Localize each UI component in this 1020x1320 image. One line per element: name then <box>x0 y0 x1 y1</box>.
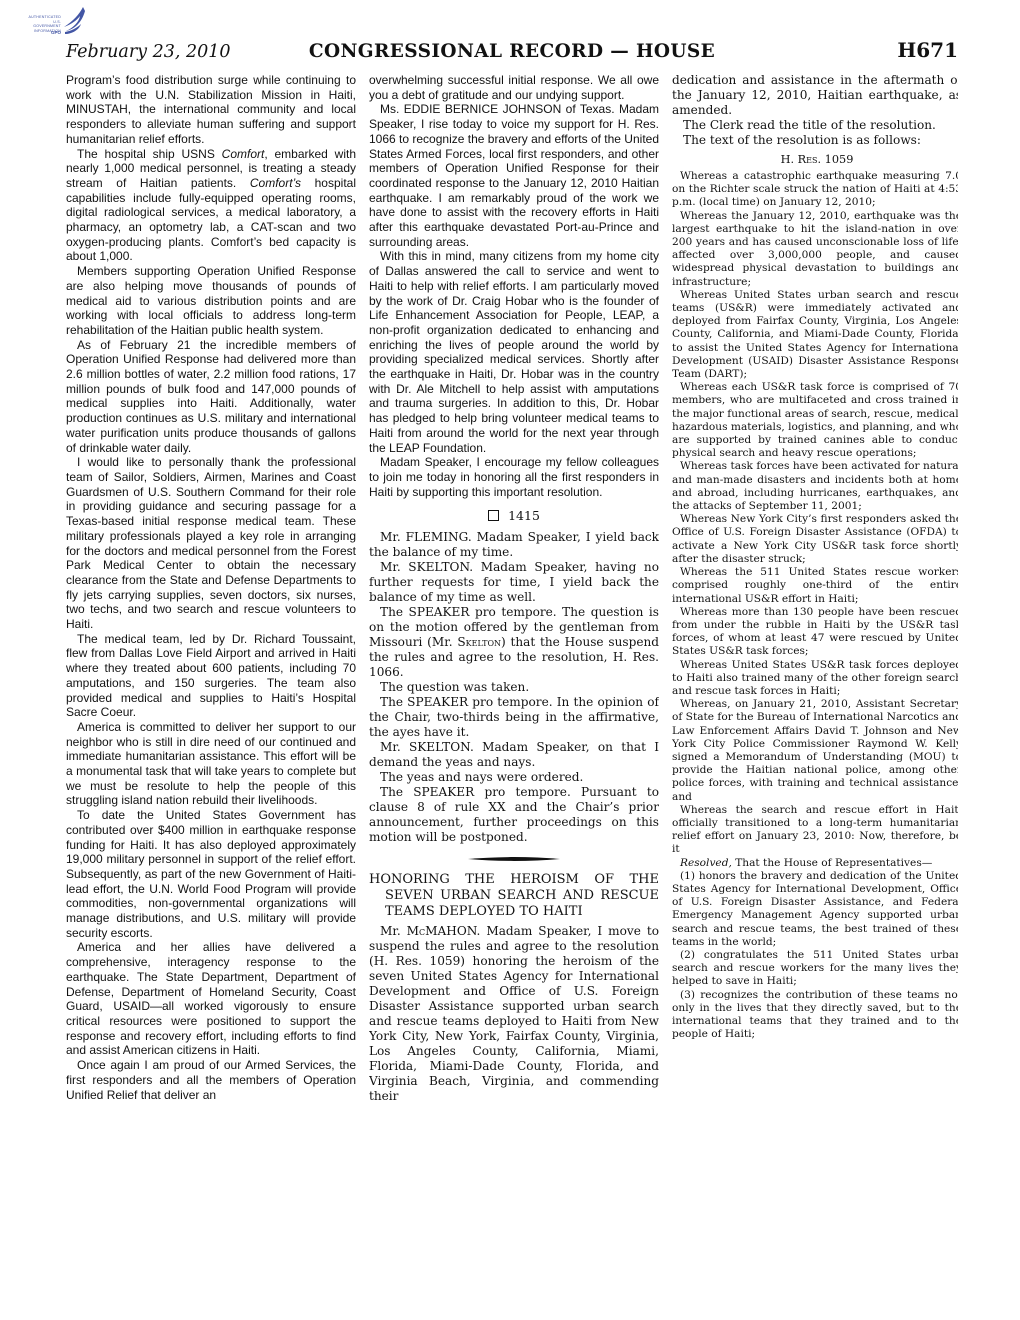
italic-text: Resolved, <box>680 857 732 869</box>
issue-date: February 23, 2010 <box>66 42 231 62</box>
column-1: Program’s food distribution surge while … <box>66 73 356 1235</box>
resolution-clause: Whereas task forces have been activated … <box>672 460 958 513</box>
paragraph: Once again I am proud of our Armed Servi… <box>66 1058 356 1102</box>
paragraph: Mr. McMAHON. Madam Speaker, I move to su… <box>369 924 659 1104</box>
paragraph: Mr. SKELTON. Madam Speaker, on that I de… <box>369 740 659 770</box>
paragraph: As of February 21 the incredible members… <box>66 338 356 456</box>
paragraph: The SPEAKER pro tempore. Pursuant to cla… <box>369 785 659 845</box>
paragraph: Mr. SKELTON. Madam Speaker, having no fu… <box>369 560 659 605</box>
paragraph: overwhelming successful initial response… <box>369 73 659 102</box>
resolution-clause: Whereas New York City’s first responders… <box>672 513 958 566</box>
paragraph: The text of the resolution is as follows… <box>672 133 958 148</box>
time-marker-value: 1415 <box>508 508 540 523</box>
resolution-clause: Whereas the search and rescue effort in … <box>672 804 958 857</box>
paragraph: The hospital ship USNS Comfort, embarked… <box>66 147 356 265</box>
resolution-clause: Whereas the 511 United States rescue wor… <box>672 566 958 606</box>
italic-text: Comfort <box>222 147 265 161</box>
small-caps-text: Skelton <box>457 635 501 649</box>
paragraph: I would like to personally thank the pro… <box>66 455 356 631</box>
paragraph: Members supporting Operation Unified Res… <box>66 264 356 338</box>
paragraph: The question was taken. <box>369 680 659 695</box>
paragraph: The SPEAKER pro tempore. The question is… <box>369 605 659 680</box>
paragraph: Ms. EDDIE BERNICE JOHNSON of Texas. Mada… <box>369 102 659 249</box>
resolution-clause: Whereas, on January 21, 2010, Assistant … <box>672 698 958 804</box>
small-caps-text: es <box>806 153 817 166</box>
three-column-body: Program’s food distribution surge while … <box>66 73 958 1235</box>
gpo-logo-line: AUTHENTICATED <box>27 15 61 20</box>
section-divider <box>369 856 659 862</box>
section-heading: HONORING THE HEROISM OF THE SEVEN URBAN … <box>369 872 659 919</box>
publication-title: CONGRESSIONAL RECORD — HOUSE <box>309 41 715 62</box>
paragraph: The yeas and nays were ordered. <box>369 770 659 785</box>
paragraph: The Clerk read the title of the resoluti… <box>672 118 958 133</box>
column-3: dedication and assistance in the afterma… <box>672 73 958 1235</box>
resolution-clause: Whereas more than 130 people have been r… <box>672 606 958 659</box>
resolution-clause: Whereas the January 12, 2010, earthquake… <box>672 210 958 289</box>
gpo-logo-line: U.S. GOVERNMENT <box>27 20 61 29</box>
resolution-clause: Resolved, That the House of Representati… <box>672 857 958 870</box>
paragraph: Program’s food distribution surge while … <box>66 73 356 147</box>
paragraph: The medical team, led by Dr. Richard Tou… <box>66 632 356 720</box>
resolution-clause: Whereas a catastrophic earthquake measur… <box>672 170 958 210</box>
time-marker-square-icon <box>488 510 499 521</box>
column-2: overwhelming successful initial response… <box>369 73 659 1235</box>
paragraph: Madam Speaker, I encourage my fellow col… <box>369 455 659 499</box>
lens-divider-icon <box>468 856 560 862</box>
resolution-clause: (1) honors the bravery and dedication of… <box>672 870 958 949</box>
resolution-clause: Whereas United States urban search and r… <box>672 289 958 381</box>
time-marker: 1415 <box>369 508 659 523</box>
small-caps-text: c <box>419 924 425 938</box>
paragraph: The SPEAKER pro tempore. In the opinion … <box>369 695 659 740</box>
paragraph: Mr. FLEMING. Madam Speaker, I yield back… <box>369 530 659 560</box>
paragraph: America and her allies have delivered a … <box>66 940 356 1058</box>
resolution-clause: (3) recognizes the contribution of these… <box>672 989 958 1042</box>
paragraph: With this in mind, many citizens from my… <box>369 249 659 455</box>
paragraph: To date the United States Government has… <box>66 808 356 940</box>
resolution-clause: Whereas each US&R task force is comprise… <box>672 381 958 460</box>
congressional-record-page: AUTHENTICATED U.S. GOVERNMENT INFORMATIO… <box>0 0 1020 1320</box>
paragraph: dedication and assistance in the afterma… <box>672 73 958 118</box>
page-number: H671 <box>897 38 958 62</box>
resolution-clause: (2) congratulates the 511 United States … <box>672 949 958 989</box>
page-header: February 23, 2010 CONGRESSIONAL RECORD —… <box>66 0 958 62</box>
resolution-clause: Whereas United States US&R task forces d… <box>672 659 958 699</box>
italic-text: Comfort’s <box>250 176 301 190</box>
resolution-number-heading: H. Res. 1059 <box>672 153 958 166</box>
paragraph: America is committed to deliver her supp… <box>66 720 356 808</box>
